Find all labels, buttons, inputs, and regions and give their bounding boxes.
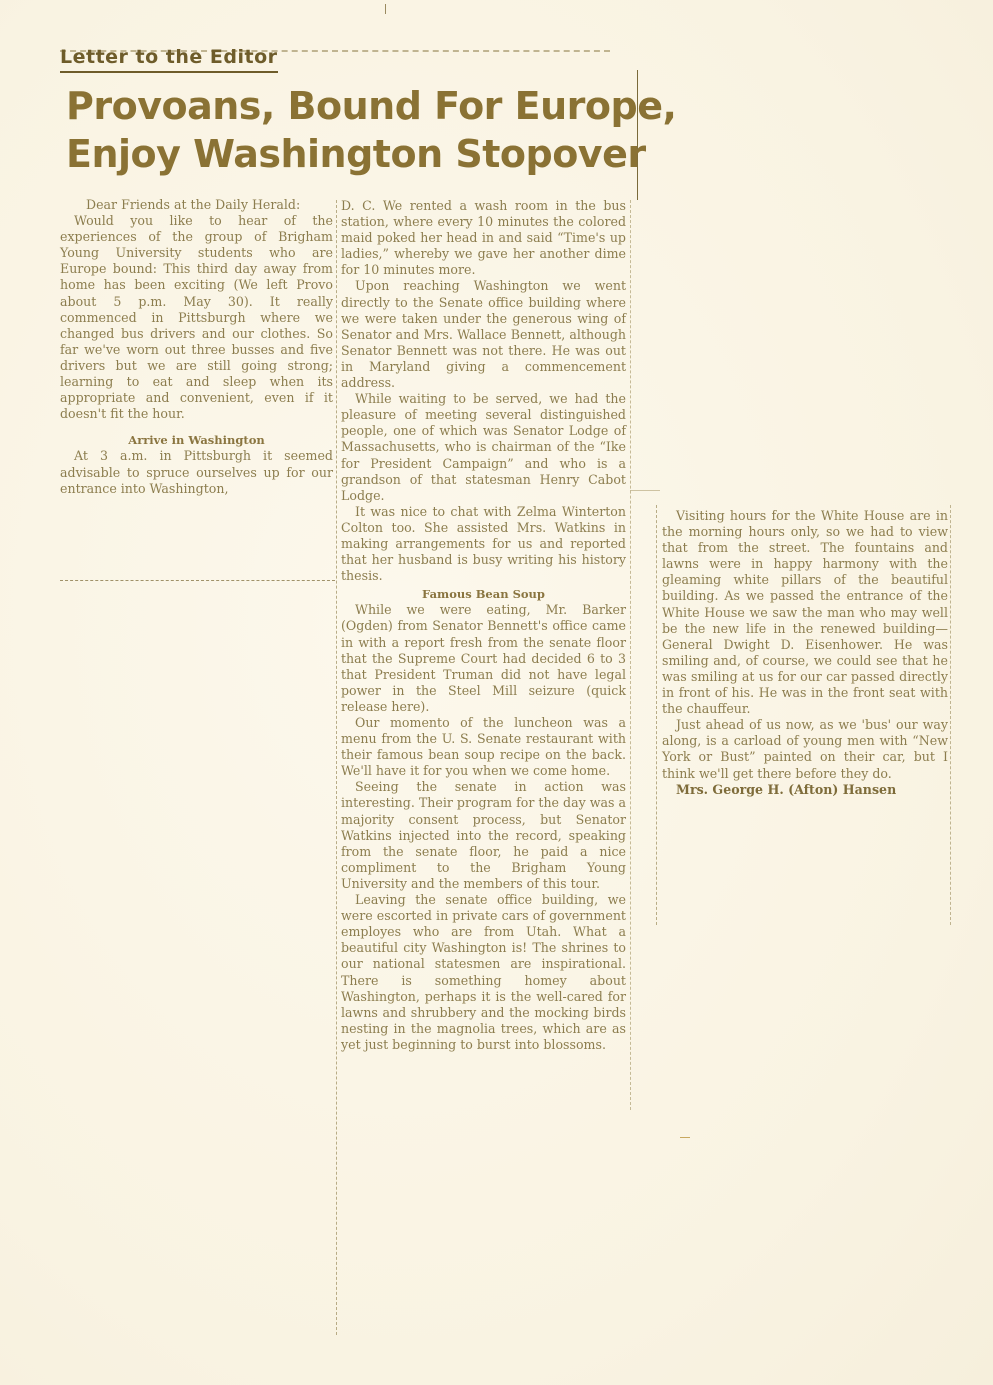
registration-mark [385, 4, 386, 14]
paragraph: Upon reaching Washington we went directl… [341, 278, 626, 391]
paragraph: Just ahead of us now, as we 'bus' our wa… [662, 717, 948, 781]
paragraph: D. C. We rented a wash room in the bus s… [341, 198, 626, 278]
paragraph: It was nice to chat with Zelma Winterton… [341, 504, 626, 584]
headline: Provoans, Bound For Europe, Enjoy Washin… [66, 82, 636, 178]
article-column-3: Visiting hours for the White House are i… [662, 508, 948, 798]
paragraph: Visiting hours for the White House are i… [662, 508, 948, 717]
subheading: Famous Bean Soup [341, 586, 626, 602]
subheading: Arrive in Washington [60, 432, 333, 448]
paragraph: Seeing the senate in action was interest… [341, 779, 626, 892]
article-column-2: D. C. We rented a wash room in the bus s… [341, 198, 626, 1053]
paragraph: While we were eating, Mr. Barker (Ogden)… [341, 602, 626, 715]
section-label: Letter to the Editor [60, 46, 278, 73]
paragraph: While waiting to be served, we had the p… [341, 391, 626, 504]
column-divider [950, 505, 951, 925]
paragraph: At 3 a.m. in Pittsburgh it seemed advisa… [60, 448, 333, 496]
column-divider [656, 505, 657, 925]
paragraph: Our momento of the luncheon was a menu f… [341, 715, 626, 779]
article-column-1: Dear Friends at the Daily Herald: Would … [60, 197, 333, 497]
column-end-rule [60, 580, 335, 581]
paragraph: Leaving the senate office building, we w… [341, 892, 626, 1053]
signature: Mrs. George H. (Afton) Hansen [662, 782, 948, 798]
headline-line-1: Provoans, Bound For Europe, [66, 82, 636, 130]
column-divider [336, 200, 337, 1335]
newspaper-clipping: Letter to the Editor Provoans, Bound For… [0, 0, 993, 1385]
stray-mark [680, 1137, 690, 1138]
column-divider [630, 200, 631, 1110]
headline-line-2: Enjoy Washington Stopover [66, 130, 636, 178]
salutation: Dear Friends at the Daily Herald: [60, 197, 333, 213]
paragraph: Would you like to hear of the experience… [60, 213, 333, 422]
column-rule [630, 490, 660, 491]
